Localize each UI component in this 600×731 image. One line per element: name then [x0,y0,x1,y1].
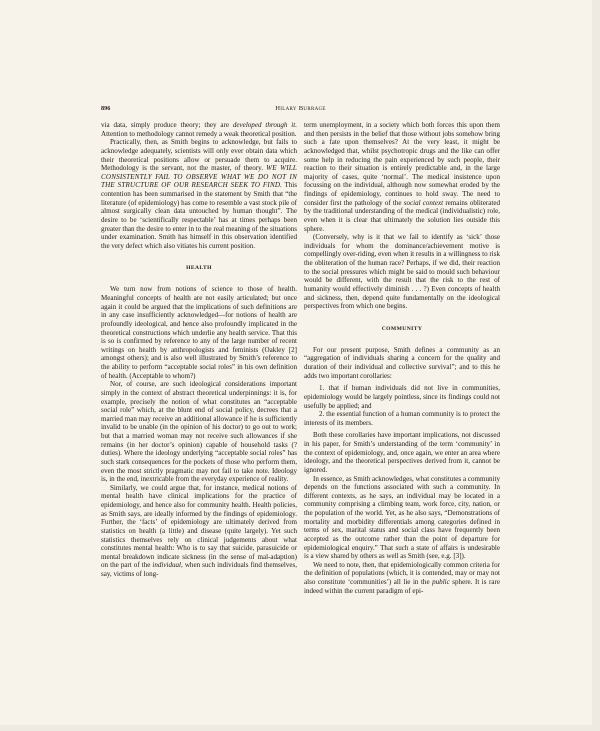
paragraph: For our present purpose, Smith defines a… [304,346,500,381]
paragraph: We turn now from notions of science to t… [101,285,297,380]
author-running-head: Hilary Burrage [101,104,500,114]
running-head: 896 Hilary Burrage [101,104,500,114]
emphasis: individual, [152,561,182,569]
paragraph: Similarly, we could argue that, for inst… [101,484,297,579]
paragraph: (Conversely, why is it that we fail to i… [304,233,500,311]
paragraph: We need to note, then, that epidemiologi… [304,561,500,596]
section-heading-health: HEALTH [101,264,297,272]
emphasis: public [432,578,450,586]
paragraph: term unemployment, in a society which bo… [304,121,500,233]
paragraph: In essence, as Smith acknowledges, what … [304,475,500,561]
paragraph: Practically, then, as Smith begins to ac… [101,138,297,250]
right-column: term unemployment, in a society which bo… [304,121,500,595]
emphasis: social context [404,199,443,207]
emphasis: developed through it. [233,121,297,129]
paragraph: via data, simply produce theory; they ar… [101,121,297,138]
list-item: 1. that if human individuals did not liv… [304,384,500,410]
section-heading-community: COMMUNITY [304,325,500,333]
left-column: via data, simply produce theory; they ar… [101,121,297,579]
page-edge [0,725,600,731]
paragraph: Both these corollaries have important im… [304,431,500,474]
page-edge [592,0,600,731]
paragraph: Nor, of course, are such ideological con… [101,380,297,484]
list-item: 2. the essential function of a human com… [304,410,500,427]
